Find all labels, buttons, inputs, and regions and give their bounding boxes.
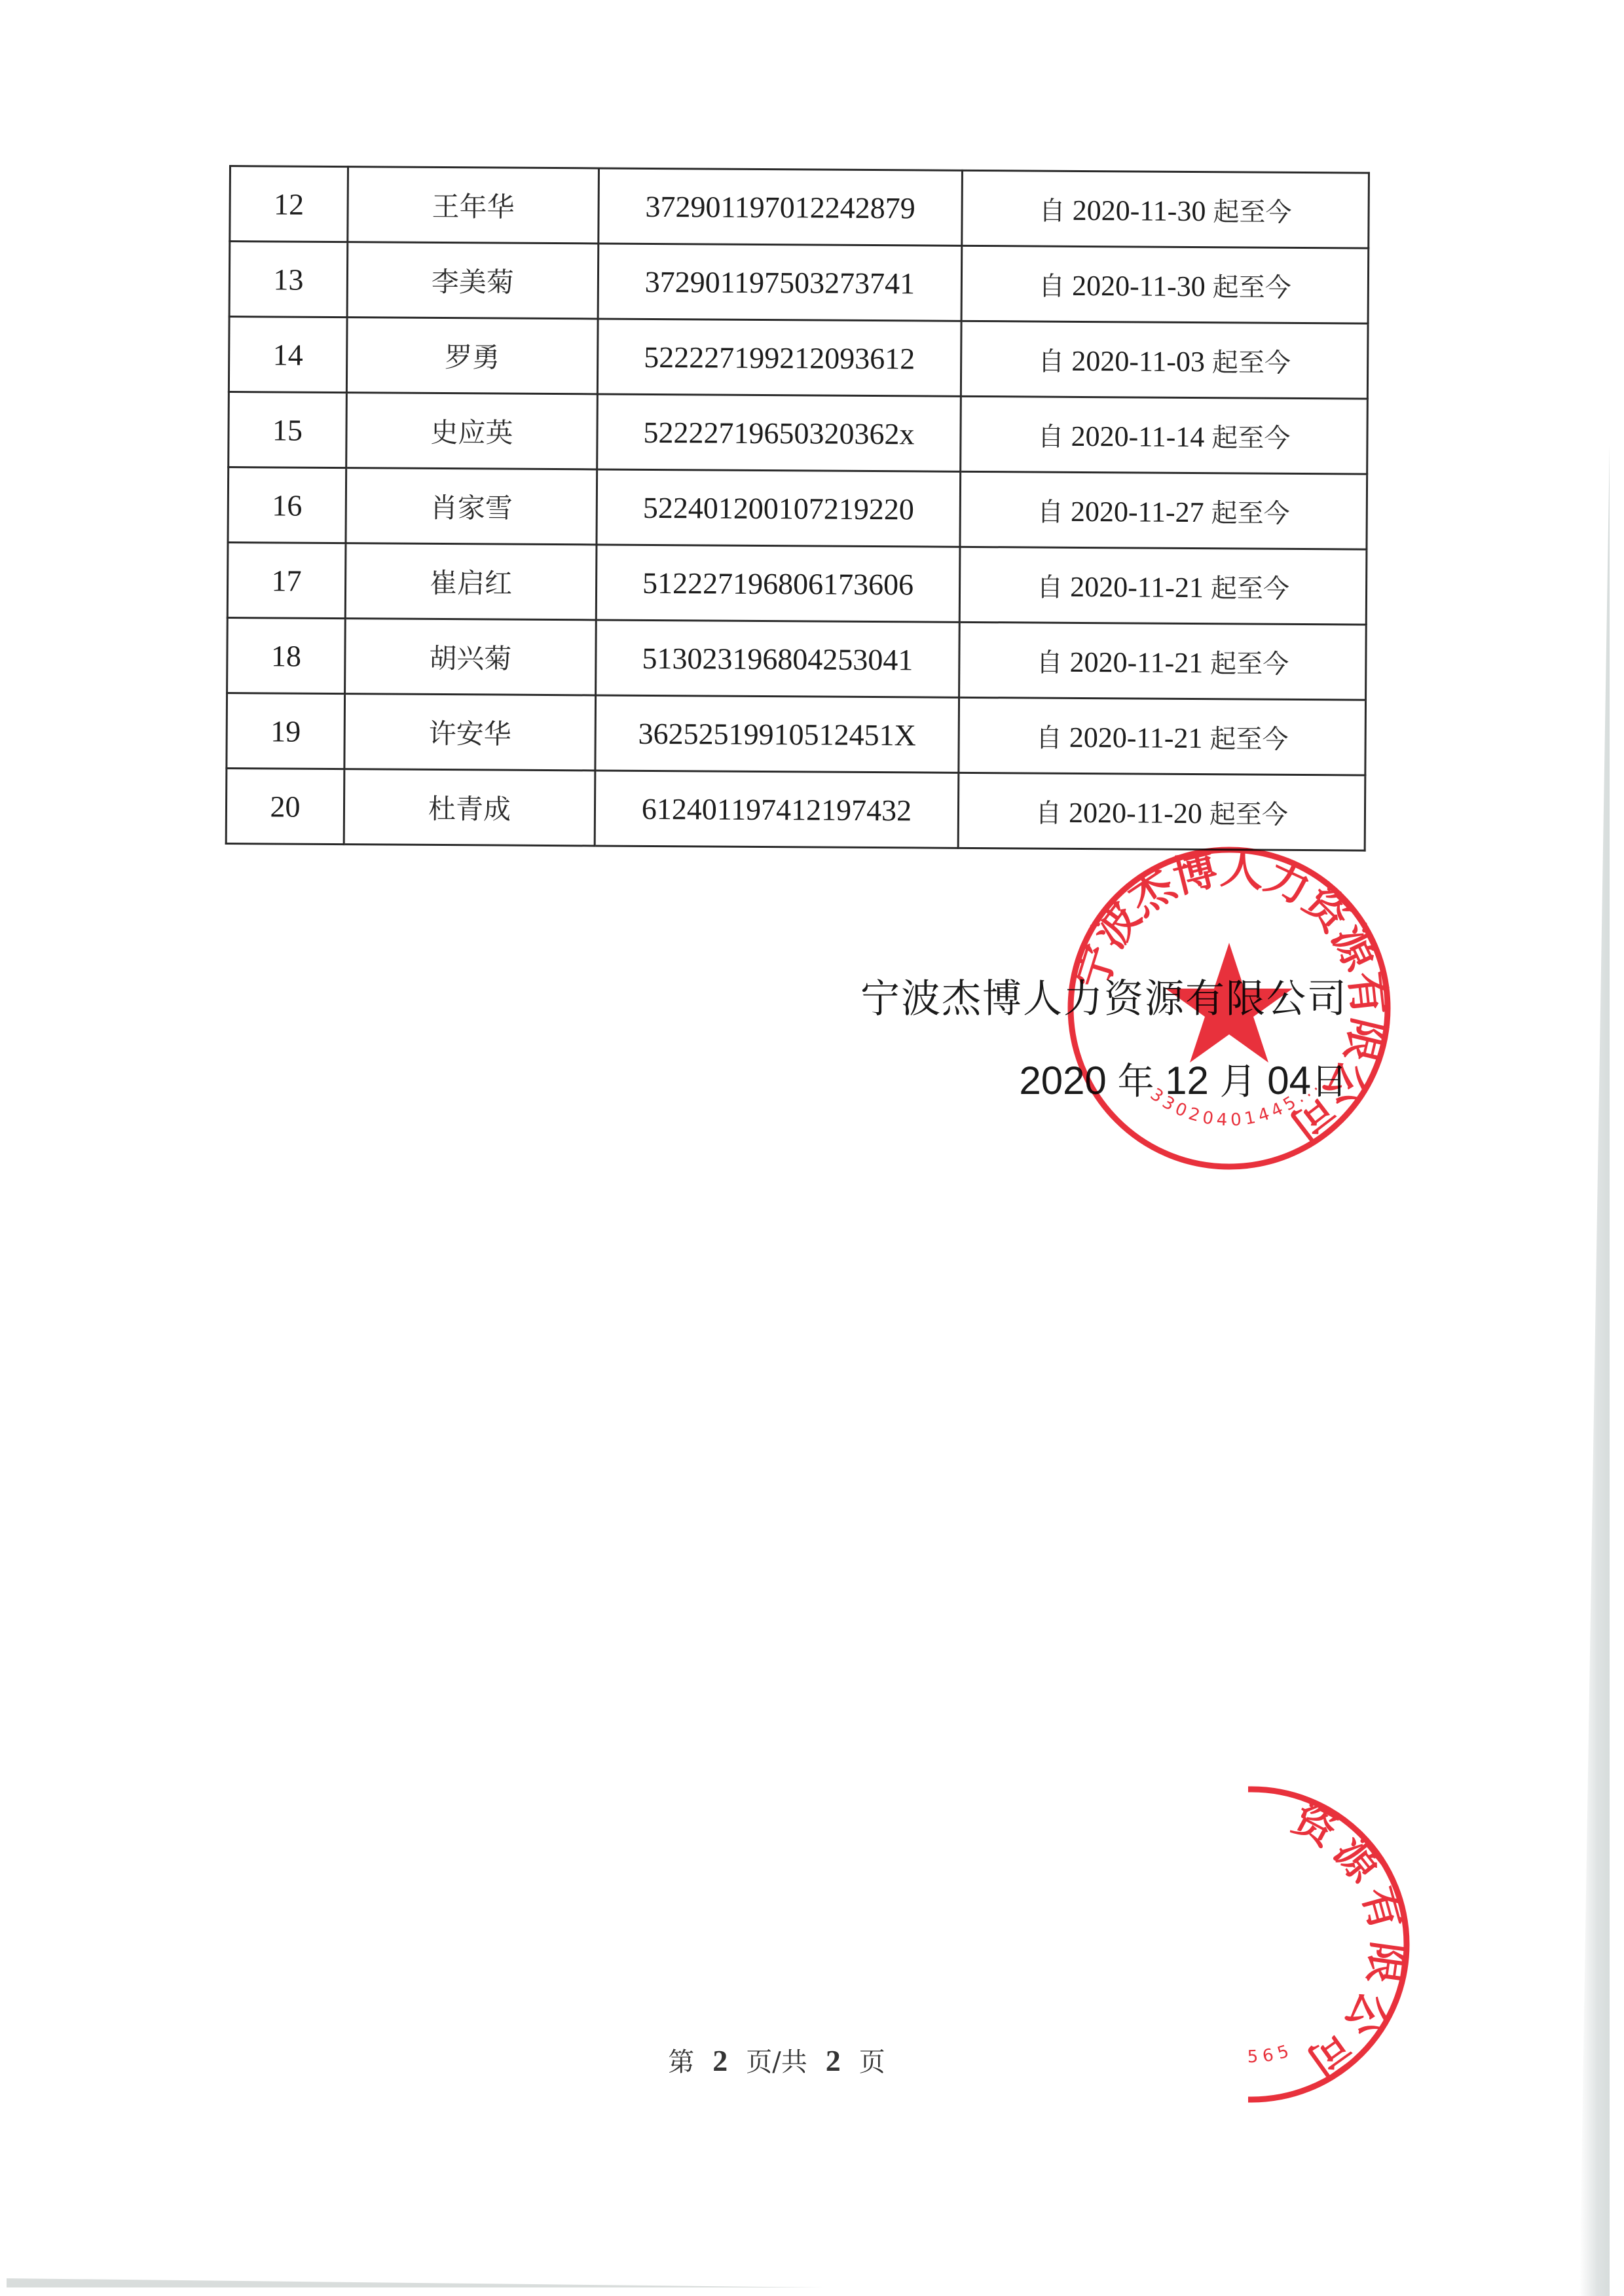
- employee-table: 12 王年华 372901197012242879 自 2020-11-30 起…: [225, 165, 1370, 852]
- employee-name: 肖家雪: [346, 468, 597, 545]
- id-number: 513023196804253041: [596, 620, 960, 697]
- employee-name: 罗勇: [346, 318, 598, 394]
- signature-date: 2020 年 12 月 04日: [1019, 1053, 1348, 1105]
- row-number: 16: [228, 467, 346, 543]
- id-number: 372901197503273741: [598, 244, 962, 321]
- employment-period: 自 2020-11-21 起至今: [959, 622, 1367, 700]
- id-number: 512227196806173606: [596, 545, 960, 622]
- row-number: 13: [229, 242, 348, 318]
- employee-name: 杜青成: [344, 769, 595, 846]
- table-row: 15 史应英 52222719650320362x 自 2020-11-14 起…: [229, 392, 1368, 475]
- date-day: 04: [1267, 1059, 1311, 1102]
- date-year-unit: 年: [1117, 1061, 1154, 1103]
- id-number: 36252519910512451X: [595, 695, 959, 773]
- footer-suffix: 页: [859, 2041, 885, 2079]
- row-number: 18: [227, 617, 346, 693]
- table-row: 17 崔启红 512227196806173606 自 2020-11-21 起…: [227, 542, 1367, 625]
- date-day-unit: 日: [1311, 1061, 1348, 1103]
- employment-period: 自 2020-11-30 起至今: [962, 170, 1369, 248]
- footer-prefix: 第: [668, 2041, 694, 2079]
- page-footer: 第2页/共2页: [0, 2041, 1624, 2079]
- employment-period: 自 2020-11-03 起至今: [961, 321, 1368, 399]
- employee-name: 胡兴菊: [345, 619, 597, 695]
- employment-period: 自 2020-11-21 起至今: [959, 547, 1367, 625]
- footer-middle: 页/共: [746, 2041, 807, 2079]
- id-number: 522401200107219220: [597, 469, 961, 547]
- date-month-unit: 月: [1220, 1061, 1257, 1103]
- employee-name: 许安华: [344, 694, 596, 771]
- employment-period: 自 2020-11-21 起至今: [959, 697, 1366, 775]
- table-row: 14 罗勇 522227199212093612 自 2020-11-03 起至…: [229, 317, 1368, 399]
- employment-period: 自 2020-11-27 起至今: [960, 471, 1367, 549]
- scan-bottom-artifact: [7, 2278, 825, 2287]
- employee-name: 史应英: [346, 393, 598, 469]
- table-row: 18 胡兴菊 513023196804253041 自 2020-11-21 起…: [227, 617, 1367, 700]
- id-number: 372901197012242879: [599, 168, 963, 246]
- scan-edge-artifact: [1579, 445, 1610, 2296]
- current-page-number: 2: [712, 2043, 728, 2078]
- date-year: 2020: [1019, 1059, 1106, 1102]
- total-pages-number: 2: [826, 2043, 841, 2078]
- id-number: 612401197412197432: [595, 771, 959, 848]
- company-name: 宁波杰博人力资源有限公司: [860, 968, 1348, 1024]
- table-row: 19 许安华 36252519910512451X 自 2020-11-21 起…: [227, 693, 1366, 775]
- row-number: 15: [229, 392, 347, 468]
- employment-period: 自 2020-11-30 起至今: [961, 246, 1369, 323]
- employee-name: 李美菊: [347, 242, 599, 319]
- row-number: 20: [226, 768, 344, 844]
- table-row: 13 李美菊 372901197503273741 自 2020-11-30 起…: [229, 242, 1369, 324]
- id-number: 522227199212093612: [597, 319, 961, 396]
- row-number: 14: [229, 317, 347, 393]
- document-page: 12 王年华 372901197012242879 自 2020-11-30 起…: [0, 0, 1624, 2296]
- table-row: 20 杜青成 612401197412197432 自 2020-11-20 起…: [226, 768, 1365, 850]
- row-number: 19: [227, 693, 345, 769]
- employment-period: 自 2020-11-14 起至今: [961, 396, 1368, 474]
- employment-period: 自 2020-11-20 起至今: [958, 773, 1365, 850]
- table-row: 16 肖家雪 522401200107219220 自 2020-11-27 起…: [228, 467, 1367, 550]
- employee-name: 王年华: [348, 167, 599, 244]
- row-number: 12: [230, 166, 348, 242]
- table-row: 12 王年华 372901197012242879 自 2020-11-30 起…: [230, 166, 1369, 249]
- date-month: 12: [1165, 1059, 1209, 1102]
- row-number: 17: [227, 542, 346, 618]
- employee-name: 崔启红: [345, 543, 597, 620]
- id-number: 52222719650320362x: [597, 394, 961, 471]
- employee-table-body: 12 王年华 372901197012242879 自 2020-11-30 起…: [226, 166, 1369, 851]
